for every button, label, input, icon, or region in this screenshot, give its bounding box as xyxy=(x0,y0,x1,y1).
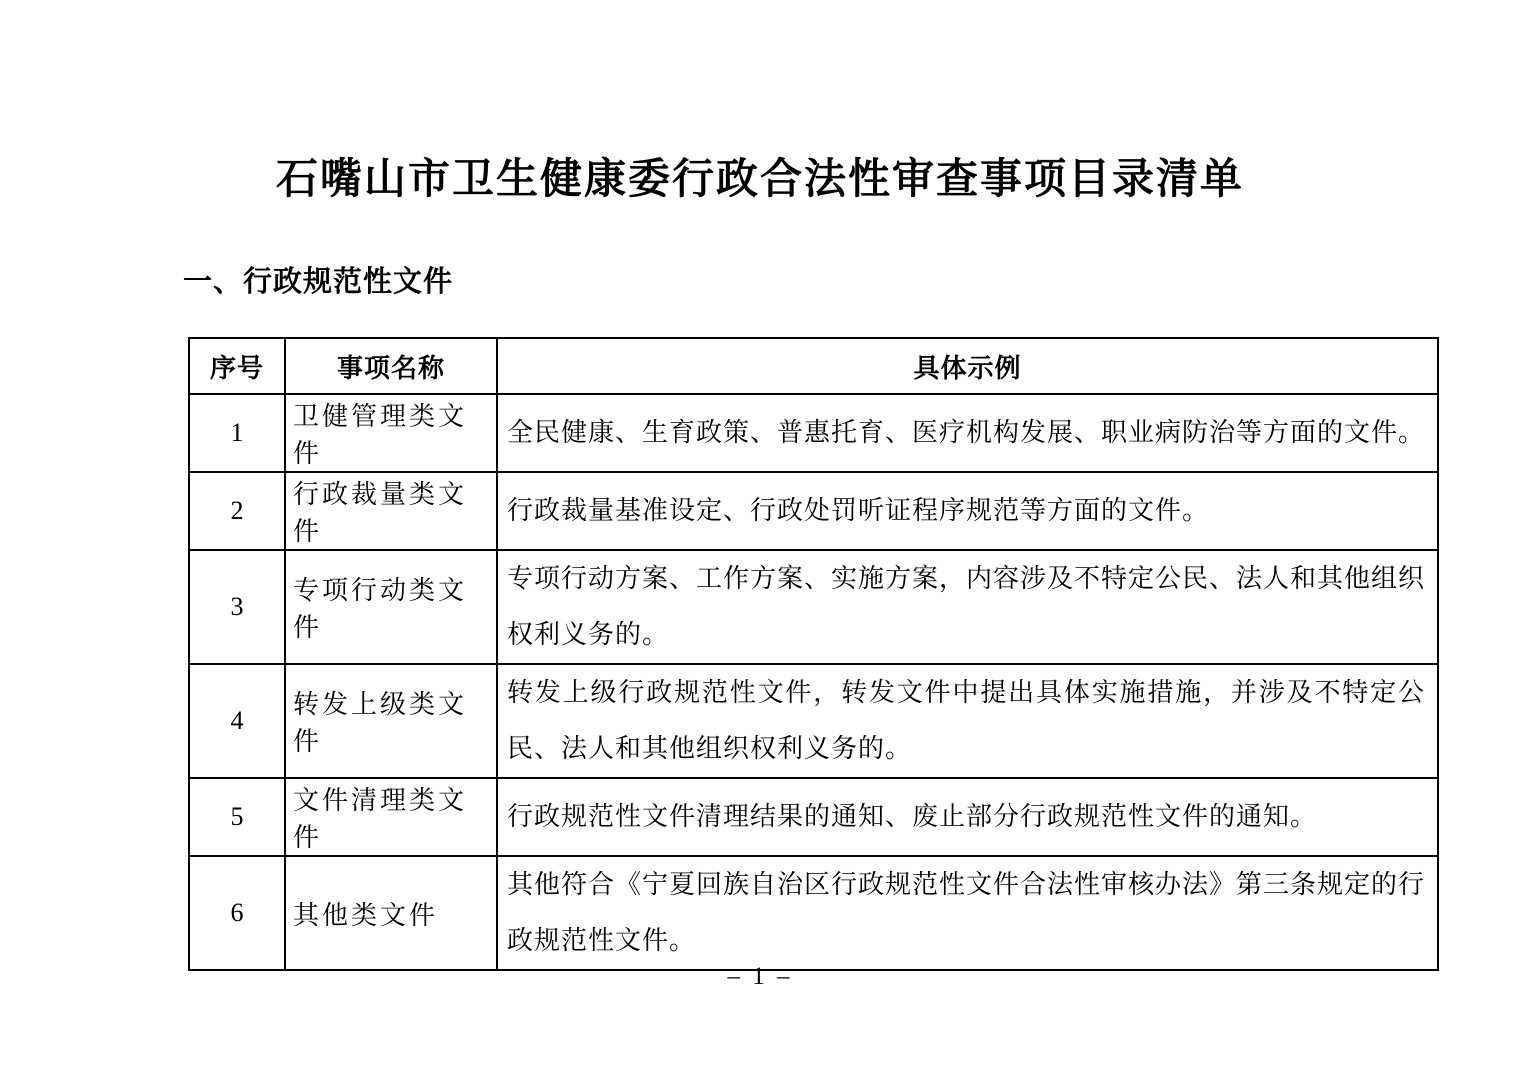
table-row: 3 专项行动类文件 专项行动方案、工作方案、实施方案，内容涉及不特定公民、法人和… xyxy=(189,550,1438,664)
section-heading: 一、行政规范性文件 xyxy=(183,259,453,300)
items-table: 序号 事项名称 具体示例 1 卫健管理类文件 全民健康、生育政策、普惠托育、医疗… xyxy=(188,337,1439,971)
serial-cell: 5 xyxy=(189,778,285,856)
example-cell: 专项行动方案、工作方案、实施方案，内容涉及不特定公民、法人和其他组织权利义务的。 xyxy=(497,550,1438,664)
document-page: 石嘴山市卫生健康委行政合法性审查事项目录清单 一、行政规范性文件 序号 事项名称… xyxy=(0,0,1520,1074)
item-name-cell: 专项行动类文件 xyxy=(285,550,497,664)
header-item-name: 事项名称 xyxy=(285,338,497,394)
example-cell: 转发上级行政规范性文件，转发文件中提出具体实施措施，并涉及不特定公民、法人和其他… xyxy=(497,664,1438,778)
table-row: 2 行政裁量类文件 行政裁量基准设定、行政处罚听证程序规范等方面的文件。 xyxy=(189,472,1438,550)
document-title: 石嘴山市卫生健康委行政合法性审查事项目录清单 xyxy=(0,155,1520,205)
table-header-row: 序号 事项名称 具体示例 xyxy=(189,338,1438,394)
item-name-cell: 行政裁量类文件 xyxy=(285,472,497,550)
example-cell: 其他符合《宁夏回族自治区行政规范性文件合法性审核办法》第三条规定的行政规范性文件… xyxy=(497,856,1438,970)
table-row: 1 卫健管理类文件 全民健康、生育政策、普惠托育、医疗机构发展、职业病防治等方面… xyxy=(189,394,1438,472)
header-serial: 序号 xyxy=(189,338,285,394)
page-number: – 1 – xyxy=(0,963,1520,991)
serial-cell: 1 xyxy=(189,394,285,472)
example-cell: 行政裁量基准设定、行政处罚听证程序规范等方面的文件。 xyxy=(497,472,1438,550)
item-name-cell: 其他类文件 xyxy=(285,856,497,970)
serial-cell: 2 xyxy=(189,472,285,550)
item-name-cell: 转发上级类文件 xyxy=(285,664,497,778)
table-row: 6 其他类文件 其他符合《宁夏回族自治区行政规范性文件合法性审核办法》第三条规定… xyxy=(189,856,1438,970)
serial-cell: 3 xyxy=(189,550,285,664)
example-cell: 全民健康、生育政策、普惠托育、医疗机构发展、职业病防治等方面的文件。 xyxy=(497,394,1438,472)
header-example: 具体示例 xyxy=(497,338,1438,394)
table-row: 4 转发上级类文件 转发上级行政规范性文件，转发文件中提出具体实施措施，并涉及不… xyxy=(189,664,1438,778)
serial-cell: 4 xyxy=(189,664,285,778)
item-name-cell: 文件清理类文件 xyxy=(285,778,497,856)
serial-cell: 6 xyxy=(189,856,285,970)
table-row: 5 文件清理类文件 行政规范性文件清理结果的通知、废止部分行政规范性文件的通知。 xyxy=(189,778,1438,856)
example-cell: 行政规范性文件清理结果的通知、废止部分行政规范性文件的通知。 xyxy=(497,778,1438,856)
item-name-cell: 卫健管理类文件 xyxy=(285,394,497,472)
